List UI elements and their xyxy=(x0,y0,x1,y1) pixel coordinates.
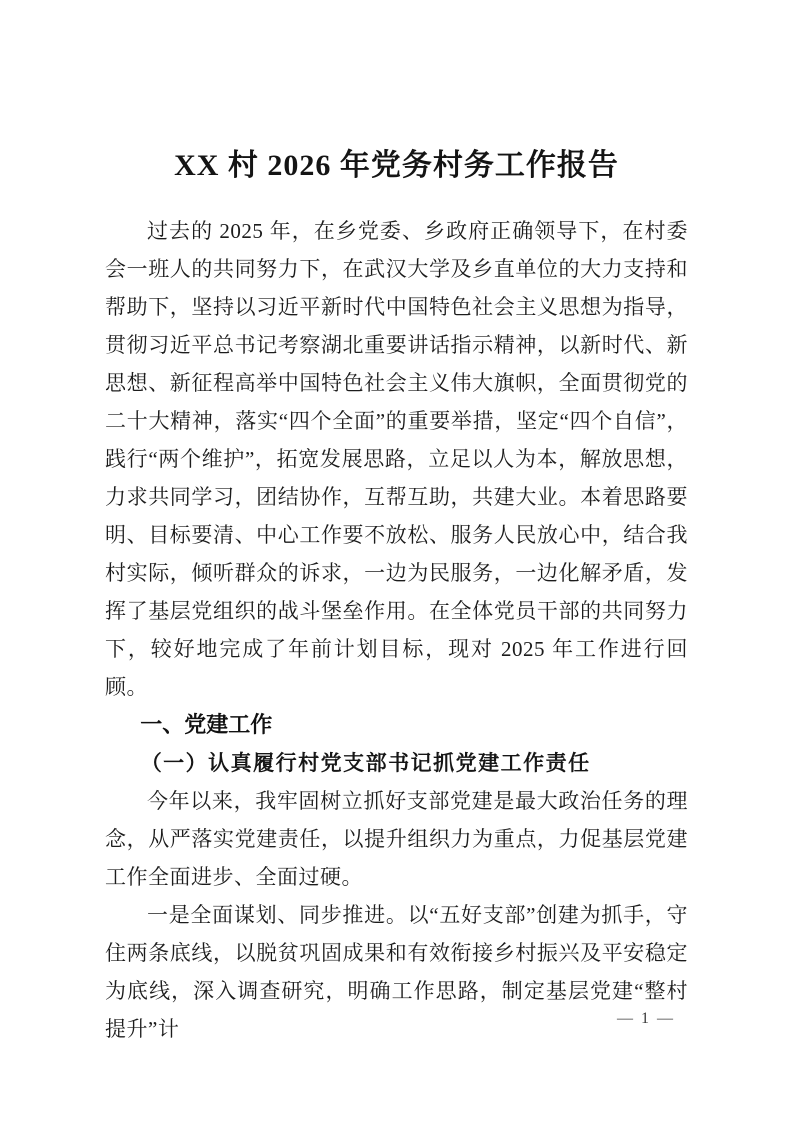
paragraph-planning-advancement: 一是全面谋划、同步推进。以“五好支部”创建为抓手，守住两条底线，以脱贫巩固成果和… xyxy=(105,896,688,1048)
document-page: XX 村 2026 年党务村务工作报告 过去的 2025 年，在乡党委、乡政府正… xyxy=(0,0,793,1122)
document-title: XX 村 2026 年党务村务工作报告 xyxy=(105,146,688,186)
paragraph-party-building-overview: 今年以来，我牢固树立抓好支部党建是最大政治任务的理念，从严落实党建责任，以提升组… xyxy=(105,782,688,896)
section-heading-party-building: 一、党建工作 xyxy=(105,706,688,744)
intro-paragraph: 过去的 2025 年，在乡党委、乡政府正确领导下，在村委会一班人的共同努力下，在… xyxy=(105,212,688,706)
page-number: — 1 — xyxy=(617,1008,675,1030)
subsection-heading-secretary-responsibility: （一）认真履行村党支部书记抓党建工作责任 xyxy=(105,744,688,782)
document-content: XX 村 2026 年党务村务工作报告 过去的 2025 年，在乡党委、乡政府正… xyxy=(105,0,688,1048)
